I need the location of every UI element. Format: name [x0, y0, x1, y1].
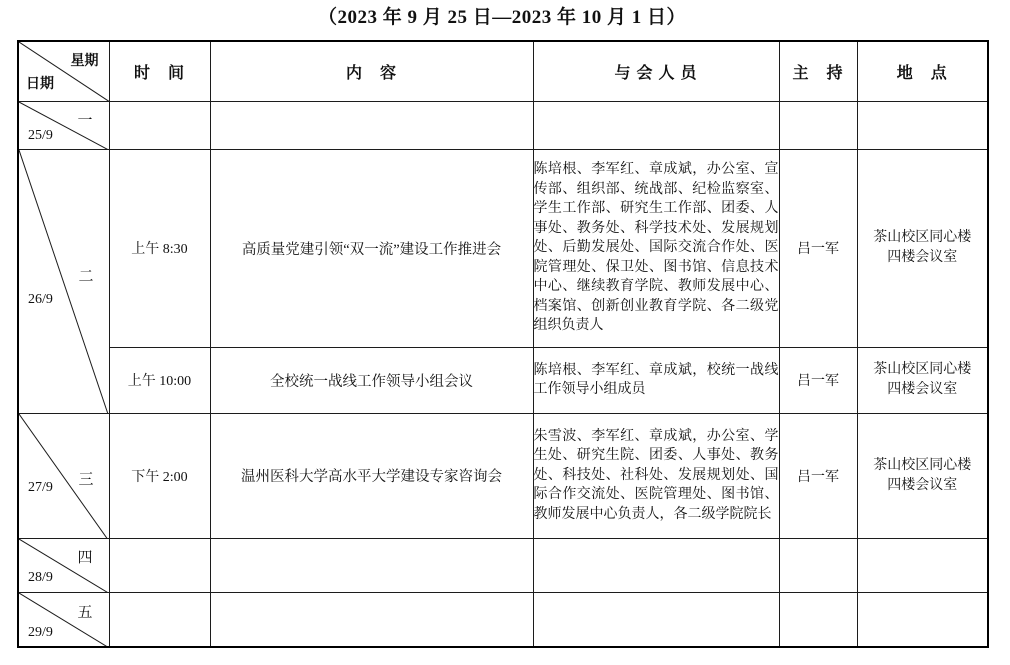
date-label-mon: 25/9	[28, 128, 53, 144]
attendees-cell-wed: 朱雪波、李军红、章成斌，办公室、学生处、研究生院、团委、人事处、教务处、科技处、…	[533, 413, 779, 538]
date-cell-fri: 五 29/9	[18, 592, 109, 647]
date-label-fri: 29/9	[28, 625, 53, 641]
date-label-thu: 28/9	[28, 570, 53, 586]
host-cell-tue-1: 吕一军	[779, 149, 857, 347]
location-line1: 茶山校区同心楼	[858, 228, 988, 248]
date-cell-tue: 二 26/9	[18, 149, 109, 413]
content-cell-mon	[210, 101, 533, 149]
diagonal-line	[19, 414, 109, 538]
row-thu: 四 28/9	[18, 538, 988, 592]
date-label-wed: 27/9	[28, 480, 53, 496]
host-cell-fri	[779, 592, 857, 647]
location-line2: 四楼会议室	[858, 380, 988, 400]
location-line1: 茶山校区同心楼	[858, 360, 988, 380]
location-cell-wed: 茶山校区同心楼 四楼会议室	[857, 413, 988, 538]
time-cell-wed: 下午 2:00	[109, 413, 210, 538]
row-fri: 五 29/9	[18, 592, 988, 647]
location-cell-mon	[857, 101, 988, 149]
content-cell-tue-1: 高质量党建引领“双一流”建设工作推进会	[210, 149, 533, 347]
attendees-cell-tue-1: 陈培根、李军红、章成斌，办公室、宣传部、组织部、统战部、纪检监察室、学生工作部、…	[533, 149, 779, 347]
time-cell-tue-1: 上午 8:30	[109, 149, 210, 347]
date-cell-mon: 一 25/9	[18, 101, 109, 149]
location-line2: 四楼会议室	[858, 476, 988, 496]
date-label-tue: 26/9	[28, 292, 53, 308]
header-host: 主 持	[779, 41, 857, 101]
weekday-label-tue: 二	[78, 265, 93, 286]
header-week-label: 星期	[71, 50, 99, 70]
schedule-page: （2023 年 9 月 25 日—2023 年 10 月 1 日） 星期 日期 …	[0, 0, 1010, 665]
corner-header-cell: 星期 日期	[18, 41, 109, 101]
content-cell-thu	[210, 538, 533, 592]
row-tue-meeting1: 二 26/9 上午 8:30 高质量党建引领“双一流”建设工作推进会 陈培根、李…	[18, 149, 988, 347]
host-cell-mon	[779, 101, 857, 149]
attendees-cell-mon	[533, 101, 779, 149]
date-cell-wed: 三 27/9	[18, 413, 109, 538]
location-cell-thu	[857, 538, 988, 592]
location-cell-tue-1: 茶山校区同心楼 四楼会议室	[857, 149, 988, 347]
attendees-cell-fri	[533, 592, 779, 647]
location-line1: 茶山校区同心楼	[858, 456, 988, 476]
time-cell-tue-2: 上午 10:00	[109, 347, 210, 413]
time-cell-mon	[109, 101, 210, 149]
location-line2: 四楼会议室	[858, 248, 988, 268]
time-cell-thu	[109, 538, 210, 592]
row-wed: 三 27/9 下午 2:00 温州医科大学高水平大学建设专家咨询会 朱雪波、李军…	[18, 413, 988, 538]
weekday-label-mon: 一	[77, 109, 92, 130]
weekday-label-thu: 四	[77, 546, 92, 567]
time-cell-fri	[109, 592, 210, 647]
host-cell-tue-2: 吕一军	[779, 347, 857, 413]
attendees-cell-tue-2: 陈培根、李军红、章成斌，校统一战线工作领导小组成员	[533, 347, 779, 413]
header-date-label: 日期	[26, 73, 54, 93]
row-mon: 一 25/9	[18, 101, 988, 149]
weekday-label-fri: 五	[77, 601, 92, 622]
header-location: 地 点	[857, 41, 988, 101]
date-cell-thu: 四 28/9	[18, 538, 109, 592]
host-cell-thu	[779, 538, 857, 592]
header-time: 时 间	[109, 41, 210, 101]
content-cell-tue-2: 全校统一战线工作领导小组会议	[210, 347, 533, 413]
location-cell-tue-2: 茶山校区同心楼 四楼会议室	[857, 347, 988, 413]
content-cell-fri	[210, 592, 533, 647]
diagonal-line	[19, 150, 109, 413]
header-row: 星期 日期 时 间 内 容 与 会 人 员 主 持 地 点	[18, 41, 988, 101]
content-cell-wed: 温州医科大学高水平大学建设专家咨询会	[210, 413, 533, 538]
schedule-table: 星期 日期 时 间 内 容 与 会 人 员 主 持 地 点 一 25/9	[17, 40, 989, 648]
row-tue-meeting2: 上午 10:00 全校统一战线工作领导小组会议 陈培根、李军红、章成斌，校统一战…	[18, 347, 988, 413]
header-content: 内 容	[210, 41, 533, 101]
weekday-label-wed: 三	[78, 468, 93, 489]
attendees-cell-thu	[533, 538, 779, 592]
host-cell-wed: 吕一军	[779, 413, 857, 538]
location-cell-fri	[857, 592, 988, 647]
page-title: （2023 年 9 月 25 日—2023 年 10 月 1 日）	[17, 2, 987, 29]
header-attendees: 与 会 人 员	[533, 41, 779, 101]
